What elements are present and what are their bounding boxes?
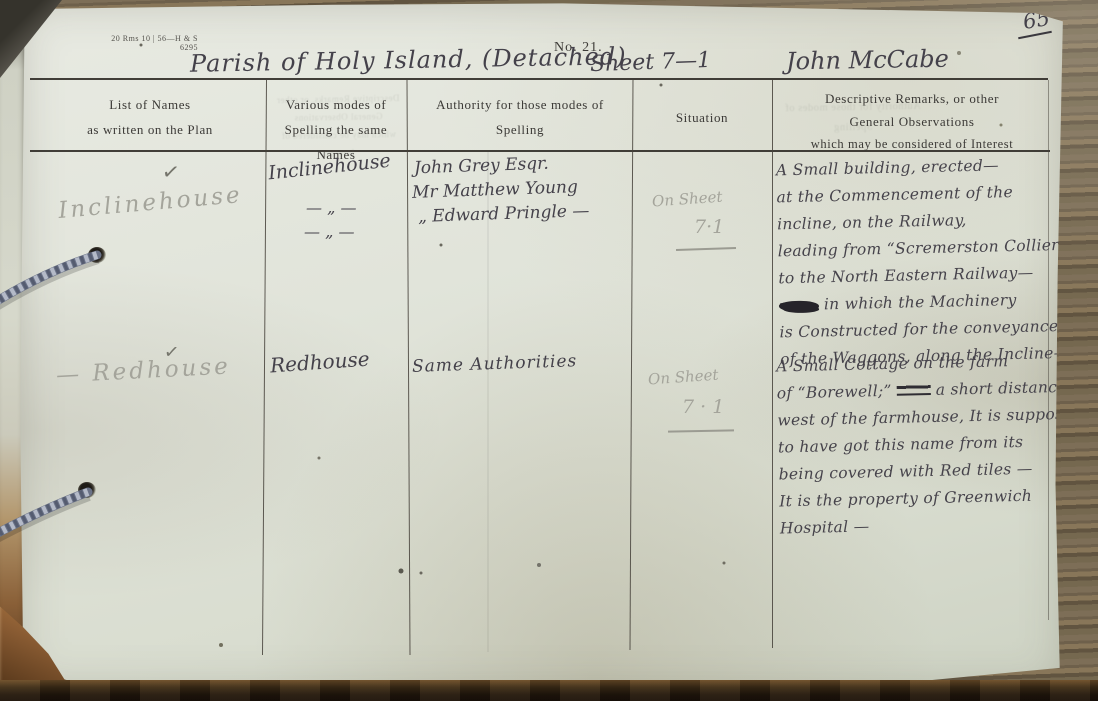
checkmark: ✓	[160, 159, 181, 185]
situation-sheet-label: On Sheet	[647, 366, 719, 389]
situation-underline	[668, 429, 734, 432]
remarks-line-text: of “Borewell;”	[777, 382, 892, 403]
printer-imprint: 20 Rms 10 | 56—H & S 6295	[88, 34, 198, 52]
crossed-out-word	[779, 300, 819, 312]
name-on-plan: — Redhouse	[55, 353, 231, 388]
crossed-out-word	[897, 381, 931, 396]
situation-underline	[676, 247, 736, 251]
remarks-line-text: a short distance	[935, 378, 1066, 399]
column-header-authority: Authority for those modes of Spelling	[410, 92, 630, 142]
authority-entry: „ Edward Pringle —	[418, 201, 590, 227]
column-header-authority-line2: Spelling	[410, 117, 630, 142]
name-on-plan: Inclinehouse	[57, 182, 243, 224]
title-sheet: Sheet 7—1	[590, 48, 712, 77]
column-divider-4	[772, 80, 773, 648]
column-header-names-line2: as written on the Plan	[50, 117, 250, 142]
paper-fold-line	[487, 152, 489, 652]
table-top-rule	[30, 78, 1048, 80]
title-surveyor: John McCabe	[786, 45, 949, 76]
column-header-names-line1: List of Names	[50, 92, 250, 117]
remarks-line-text: in which the Machinery	[824, 291, 1017, 313]
table-edge-wood	[0, 680, 1098, 701]
punch-hole	[88, 247, 106, 263]
ditto-mark: — „ —	[304, 222, 354, 241]
remarks-line: Hospital —	[780, 509, 1086, 543]
situation-sheet-number: 7 · 1	[682, 396, 724, 418]
spelling-entry: Redhouse	[269, 347, 370, 378]
column-divider-2	[406, 80, 410, 655]
bleedthrough-line: Descriptive Remarks, or other	[265, 89, 410, 110]
column-header-names: List of Names as written on the Plan	[50, 92, 250, 142]
situation-sheet-label: On Sheet	[651, 188, 723, 211]
printer-imprint-line2: 6295	[88, 43, 198, 52]
ditto-mark: — „ —	[306, 198, 356, 217]
authority-entry: Mr Matthew Young	[412, 177, 578, 203]
situation-sheet-number: 7·1	[694, 216, 724, 238]
remarks-block: A Small building, erected— at the Commen…	[776, 151, 1079, 374]
authority-entry: John Grey Esqr.	[414, 154, 549, 179]
register-page: 20 Rms 10 | 56—H & S 6295 No. 21. 65 Par…	[18, 2, 1066, 692]
bleedthrough-text: Authority for those modes of Spelling	[658, 95, 1049, 142]
punch-hole	[78, 482, 96, 498]
printer-imprint-line1: 20 Rms 10 | 56—H & S	[88, 34, 198, 43]
authority-entry: Same Authorities	[412, 351, 578, 377]
column-header-authority-line1: Authority for those modes of	[410, 92, 630, 117]
page-number-handwritten: 65	[1021, 6, 1051, 34]
column-divider-3	[630, 80, 634, 650]
remarks-block: A Small Cottage on the farm of “Borewell…	[776, 347, 1086, 543]
title-parish: Parish of Holy Island, (Detached)	[190, 42, 627, 78]
